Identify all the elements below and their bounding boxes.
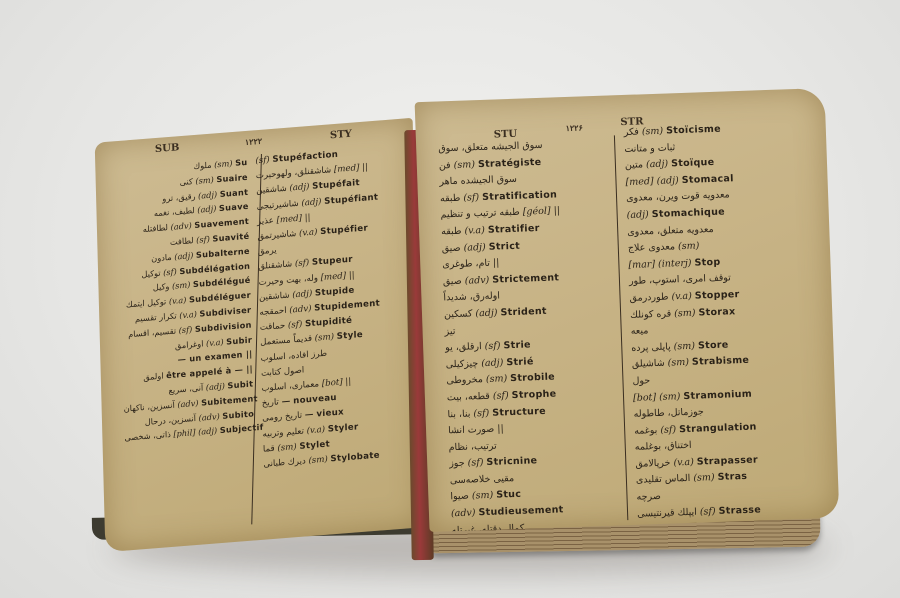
grammar-tag: (sm) (667, 357, 692, 369)
headword: Strobile (510, 372, 555, 385)
ottoman-definition: شاشيرتمق (257, 229, 299, 242)
headword: Stylet (299, 439, 330, 451)
grammar-tag: (sm) (674, 340, 699, 352)
left-header-right: STY (330, 129, 352, 142)
ottoman-definition: لطافتله (143, 222, 171, 234)
grammar-tag: (adj) (174, 250, 196, 262)
headword: Stupéfier (320, 223, 368, 237)
grammar-tag: (v.a) (671, 291, 695, 303)
headword: Suavité (212, 231, 249, 244)
ottoman-definition: توقف امرى، استوپ، طور (629, 273, 731, 288)
ottoman-definition: حماقت (260, 321, 288, 333)
headword: Subir (226, 334, 252, 346)
headword: Strie (503, 340, 531, 352)
headword: Strictement (492, 272, 559, 285)
grammar-tag: [med] || (321, 270, 355, 283)
headword: — nouveau (282, 393, 337, 407)
ottoman-definition: يرمق (258, 246, 277, 257)
headword: Stuc (496, 489, 521, 501)
grammar-tag: [bot] (sm) (633, 391, 684, 404)
ottoman-definition: شاشقنلق (258, 260, 295, 273)
grammar-tag: (adj) (475, 307, 500, 319)
ottoman-definition: حول (632, 375, 650, 387)
headword: Subalterne (196, 245, 250, 259)
ottoman-definition: تاريخ رومى (262, 411, 305, 424)
grammar-tag: (sf) (463, 192, 482, 204)
headword: Subdivision (195, 319, 252, 333)
headword: Strié (506, 356, 534, 368)
grammar-tag: (adj) (289, 182, 312, 194)
ottoman-definition: معمارى، اسلوب (261, 379, 322, 394)
grammar-tag: (sf) (485, 340, 504, 352)
ottoman-definition: صرچه (636, 491, 661, 503)
ottoman-definition: مخروطى (446, 374, 486, 386)
ottoman-definition: جوز (449, 458, 468, 470)
headword: Suaire (216, 172, 248, 184)
headword: Strict (489, 240, 521, 252)
headword: Su (235, 157, 248, 168)
ottoman-definition: اصول كتابت (261, 365, 304, 378)
ottoman-definition: تيز (444, 326, 455, 337)
grammar-tag: (sm) (277, 442, 299, 454)
grammar-tag: (sm) (308, 454, 330, 466)
left-page: SUB ۱۲۲۲ STY ملوك (sm) Suكنى (sm) Suaire… (95, 118, 424, 552)
grammar-tag: (sm) (693, 472, 718, 484)
left-column-2: (sf) Stupéfactionشاشقنلق، ولهوحيرت [med]… (255, 142, 413, 473)
headword: Stras (718, 471, 748, 483)
ottoman-definition: مقيى خلاصه‌سى (450, 473, 515, 486)
ottoman-definition: طبقه (440, 192, 464, 204)
ottoman-definition: سوق الجيشده ماهر (439, 174, 517, 188)
ottoman-definition: لطافت (170, 235, 197, 247)
headword: Stupidité (305, 316, 352, 330)
ottoman-definition: قطعه، بيت (447, 391, 493, 404)
grammar-tag: (sf) (295, 258, 312, 269)
headword: Strabisme (692, 355, 750, 368)
ottoman-definition: معدويه متعلق، معدوى (627, 223, 714, 237)
ottoman-definition: ديرك طبانى (263, 456, 308, 470)
ottoman-definition: شاشيرتيجى (257, 198, 302, 212)
ottoman-definition: تام، طوغرى (442, 258, 493, 271)
ottoman-definition: ذاتى، شخصى (124, 429, 173, 443)
ottoman-definition: صيق (443, 275, 465, 287)
grammar-tag: (sf) (196, 234, 212, 245)
grammar-tag: (sf) (179, 324, 195, 335)
grammar-tag: [med] || (276, 213, 310, 226)
headword: Suant (220, 186, 249, 198)
ottoman-definition: ترتيب، نظام (448, 440, 496, 453)
open-dictionary: SUB ۱۲۲۲ STY ملوك (sm) Suكنى (sm) Suaire… (0, 0, 900, 598)
grammar-tag: (sm) (486, 373, 511, 385)
ottoman-definition: تاريخ (262, 398, 282, 410)
grammar-tag: [mar] (interj) (628, 257, 695, 270)
headword: Stylobate (330, 451, 380, 465)
ottoman-definition: صورت انشا (448, 424, 498, 437)
ottoman-definition: متين (625, 159, 646, 171)
headword: Stratifier (488, 223, 540, 236)
grammar-tag: (v.a) (299, 227, 320, 239)
grammar-tag: (sm) (315, 332, 337, 344)
ottoman-definition: اولمق (143, 370, 166, 382)
ottoman-definition: آنسزين، درحال (145, 412, 199, 426)
headword: Suavement (194, 216, 249, 230)
ottoman-definition: ارقلق، يو (445, 341, 485, 353)
ottoman-definition: جوزماتل، طاطوله (633, 406, 704, 419)
headword: Stoïcisme (666, 124, 721, 137)
ottoman-definition: قره كونلك (630, 308, 674, 321)
headword: Subdélégué (193, 275, 251, 290)
grammar-tag: (sf) (473, 407, 492, 419)
ottoman-definition: توكيل (141, 267, 163, 279)
ottoman-definition: شاشقين (256, 184, 290, 197)
headword: Subito (222, 408, 254, 420)
ottoman-definition: طبقه (441, 226, 465, 238)
headword: Storax (698, 306, 735, 318)
headword: Store (698, 339, 729, 351)
ottoman-definition: تعليم وتربيه (262, 426, 306, 439)
ottoman-definition: احمقجه (259, 306, 289, 318)
ottoman-definition: طوردرمق (629, 291, 671, 303)
grammar-tag: (sf) (467, 457, 486, 469)
grammar-tag: (sm) (674, 307, 699, 319)
ottoman-definition: آنسزين، ناكهان (124, 399, 178, 413)
right-page: STU ۱۲۲۶ STR سوق الجيشه متعلق، سوق فن (s… (415, 88, 840, 532)
grammar-tag: (adj) (627, 209, 652, 221)
grammar-tag: (sf) (288, 320, 305, 331)
grammar-tag: (adj) (198, 189, 220, 201)
headword: Stupeur (312, 255, 353, 268)
headword: Stratification (482, 189, 557, 203)
grammar-tag: (adv) (170, 220, 194, 232)
grammar-tag: (v.a) (169, 295, 189, 307)
left-column-1: ملوك (sm) Suكنى (sm) Suaireرقيق، ترو (ad… (117, 155, 254, 446)
ottoman-definition: قما (263, 443, 278, 454)
grammar-tag: (v.a) (673, 457, 697, 469)
grammar-tag: [phil] (adj) (173, 425, 220, 439)
ottoman-definition: سوق الجيشه متعلق، سوق (438, 140, 543, 155)
ottoman-definition: مادون (151, 251, 174, 263)
ottoman-definition: ثبات و متانت (624, 142, 675, 155)
headword: Strophe (512, 388, 557, 401)
headword: Subit (227, 378, 253, 390)
left-page-number: ۱۲۲۲ (245, 136, 262, 147)
grammar-tag: (adj) (206, 380, 228, 392)
ottoman-definition: ميعه (631, 325, 649, 337)
grammar-tag: (sm) (214, 158, 235, 170)
headword: — vieux (305, 408, 344, 421)
headword: Stupéfaction (272, 150, 338, 165)
ottoman-definition: اوله‌رق، شديداً (443, 291, 500, 304)
grammar-tag: || (497, 423, 504, 434)
ottoman-definition: فكر (624, 126, 642, 138)
headword: Strasse (718, 504, 761, 516)
ottoman-definition: شاشقين (259, 290, 293, 303)
grammar-tag: (adv) (177, 397, 201, 409)
ottoman-definition: تكرار تقسيم (135, 310, 180, 323)
ottoman-definition: تقسيم، اقسام (128, 325, 179, 339)
headword: Stricnine (486, 456, 537, 469)
headword: Subjectif (220, 422, 264, 435)
grammar-tag: (sm) (172, 280, 193, 292)
grammar-tag: (sf) (700, 506, 719, 518)
headword: Stoïque (671, 157, 715, 170)
headword: Strident (500, 306, 547, 319)
right-column-2: فكر (sm) Stoïcismeثبات و متانت متين (adj… (624, 118, 831, 532)
ottoman-definition: ايپلك قيرنتيسى (637, 506, 700, 519)
ottoman-definition: كنى (179, 176, 195, 187)
ottoman-definition: وله، بهت وحيرت (258, 273, 320, 288)
grammar-tag: (sf) (255, 155, 272, 166)
grammar-tag: [géol] || (523, 206, 561, 218)
grammar-tag: (adv) (289, 304, 314, 316)
ottoman-definition: چيزكيلى (446, 358, 482, 370)
headword: Stop (694, 256, 720, 268)
ottoman-definition: آنى، سريع (168, 382, 205, 395)
grammar-tag: (v.a) (179, 309, 199, 321)
headword: Strangulation (679, 421, 757, 435)
grammar-tag: (sf) (493, 390, 512, 402)
ottoman-definition: اوغرامق (175, 338, 206, 350)
grammar-tag: (adj) (463, 241, 488, 253)
headword: Stupéfait (312, 178, 360, 192)
grammar-tag: (adv) (465, 274, 493, 286)
grammar-tag: (sm) (453, 159, 478, 171)
ottoman-definition: فن (439, 160, 454, 172)
headword: Structure (492, 405, 546, 418)
headword: Stupide (315, 285, 355, 298)
ottoman-definition: قديماً مستعمل (260, 334, 315, 348)
ottoman-definition: شاشيلق (632, 358, 668, 370)
right-column-1: سوق الجيشه متعلق، سوق فن (sm) Stratégist… (438, 136, 623, 532)
ottoman-definition: عذير (257, 215, 277, 227)
headword: Stupéfiant (324, 192, 378, 206)
headword: Subdiviser (199, 305, 251, 319)
headword: Studieusement (478, 504, 563, 518)
grammar-tag: (adj) (292, 288, 315, 300)
grammar-tag: (sm) (678, 241, 700, 253)
ottoman-definition: لطيف، نغمه (154, 205, 198, 218)
grammar-tag: [med] (adj) (625, 175, 682, 188)
ottoman-definition: كسكين (444, 308, 476, 320)
ottoman-definition: پاپلى پرده (631, 341, 674, 353)
ottoman-definition: اختناق، بوغلمه (635, 440, 692, 453)
ottoman-definition: ملوك (193, 159, 214, 171)
grammar-tag: (v.a) (307, 424, 328, 436)
left-header-left: SUB (155, 142, 180, 155)
ottoman-definition: خرپالامق (635, 457, 673, 469)
grammar-tag: (sf) (660, 424, 679, 436)
grammar-tag: (adv) (198, 410, 222, 422)
ottoman-definition: صيوا (450, 491, 472, 503)
grammar-tag: (adj) (481, 357, 506, 369)
headword: Stupidement (314, 299, 380, 314)
headword: Subitement (201, 393, 258, 407)
ottoman-definition: وكيل (153, 281, 172, 292)
headword: Style (337, 330, 363, 342)
grammar-tag: (adv) (451, 507, 479, 519)
headword: Strapasser (697, 454, 758, 467)
ottoman-definition: معدويه قوت ويرن، معدوى (626, 190, 730, 205)
grammar-tag: (sm) (472, 490, 497, 502)
grammar-tag: (adj) (646, 159, 671, 171)
grammar-tag: [med] || (334, 163, 368, 176)
ottoman-definition: توكيل ايتمك (126, 296, 169, 309)
ottoman-definition: صيق (442, 242, 464, 254)
headword: Stopper (695, 289, 740, 302)
headword: Stomacal (682, 173, 734, 186)
ottoman-definition: طبقه ترتيب و تنظيم (440, 207, 523, 221)
ottoman-definition: الماس تقليدى (636, 473, 694, 486)
ottoman-definition: رقيق، ترو (162, 190, 198, 203)
right-page-number: ۱۲۲۶ (565, 122, 583, 133)
grammar-tag: (adj) (197, 204, 219, 216)
headword: Stomachique (652, 206, 726, 220)
grammar-tag: (sm) (195, 174, 216, 186)
ottoman-definition: طرز افاده، اسلوب (260, 348, 327, 363)
grammar-tag: (adj) (301, 196, 324, 208)
ottoman-definition: بوغمه (634, 425, 661, 437)
grammar-tag: (sf) (163, 266, 179, 277)
grammar-tag: (v.a) (206, 336, 226, 348)
headword: Styler (328, 422, 359, 434)
headword: Suave (219, 201, 249, 213)
headword: Stramonium (683, 388, 752, 401)
grammar-tag: [bot] || (322, 377, 352, 389)
headword: Stratégiste (478, 156, 542, 169)
grammar-tag: (v.a) (464, 225, 488, 237)
grammar-tag: (sm) (642, 126, 667, 138)
ottoman-definition: بنا، بنا (447, 408, 473, 420)
grammar-tag: || (493, 258, 500, 269)
ottoman-definition: معدوى علاج (628, 241, 679, 254)
